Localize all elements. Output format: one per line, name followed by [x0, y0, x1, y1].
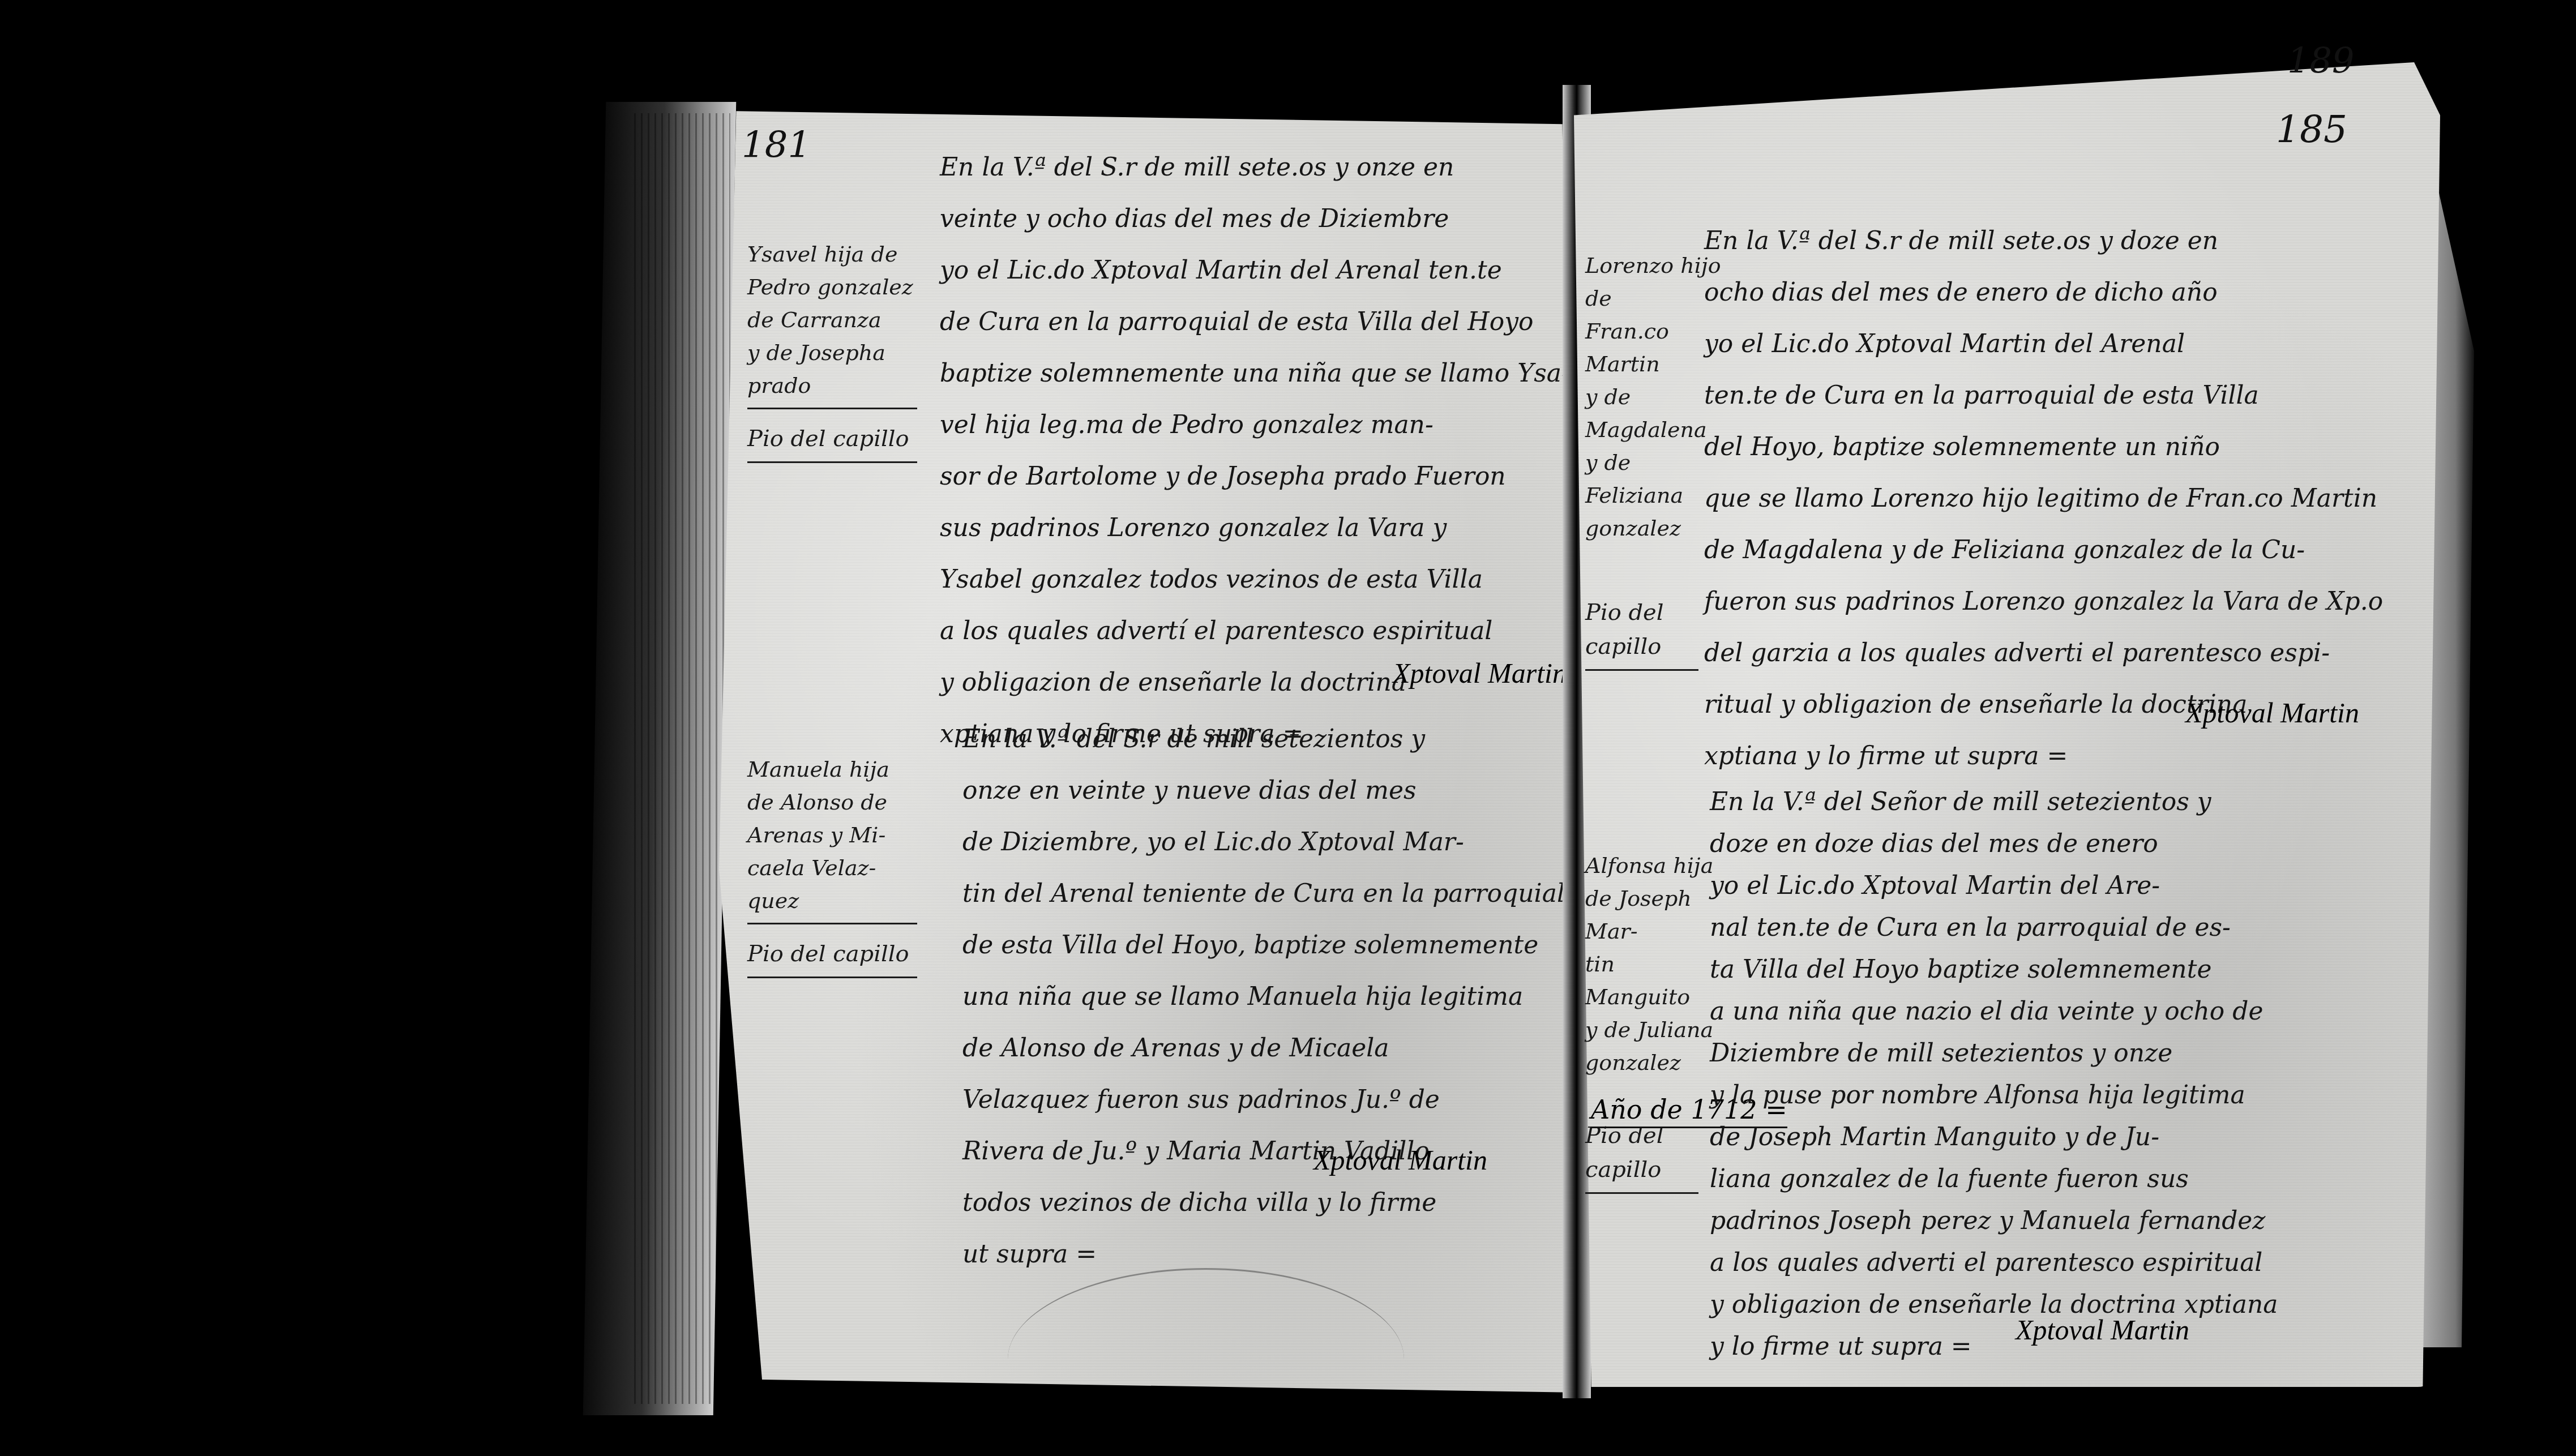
- left-margin-note-1: Ysavel hija de Pedro gonzalez de Carranz…: [747, 238, 934, 476]
- divider-rule: [1585, 1192, 1698, 1194]
- margin-line: y de Josepha: [747, 336, 934, 369]
- entry-line: yo el Lic.do Xptoval Martin del Arenal: [1704, 318, 2406, 370]
- entry-line: En la V.ª del Señor de mill setezientos …: [1710, 781, 2417, 823]
- entry-line: de Joseph Martin Manguito y de Ju-: [1710, 1116, 2417, 1158]
- left-entry-2: En la V.ª del S.r de mill setezientos y …: [962, 713, 1574, 1280]
- margin-line: y de Juliana: [1585, 1013, 1721, 1046]
- right-entry-2: En la V.ª del Señor de mill setezientos …: [1710, 781, 2417, 1368]
- entry-line: nal ten.te de Cura en la parroquial de e…: [1710, 907, 2417, 949]
- right-margin-note-1: Lorenzo hijo de Fran.co Martin y de Magd…: [1585, 249, 1721, 683]
- entry-line: Diziembre de mill setezientos y onze: [1710, 1033, 2417, 1074]
- entry-line: ocho dias del mes de enero de dicho año: [1704, 267, 2406, 318]
- right-folio-number-top: 189: [2287, 40, 2354, 81]
- margin-line: caela Velaz-: [747, 851, 934, 884]
- chapel-note: Pio del capillo: [747, 937, 934, 971]
- entry-line: del Hoyo, baptize solemnemente un niño: [1704, 421, 2406, 473]
- entry-line: yo el Lic.do Xptoval Martin del Are-: [1710, 865, 2417, 907]
- margin-line: Lorenzo hijo de: [1585, 249, 1721, 315]
- divider-rule: [747, 977, 917, 978]
- entry-line: onze en veinte y nueve dias del mes: [962, 765, 1574, 816]
- entry-line: a una niña que nazio el dia veinte y och…: [1710, 991, 2417, 1033]
- margin-line: de Carranza: [747, 303, 934, 336]
- entry-line: Ysabel gonzalez todos vezinos de esta Vi…: [940, 554, 1563, 605]
- entry-line: xptiana y lo firme ut supra =: [1704, 730, 2406, 782]
- margin-line: y de Feliziana: [1585, 446, 1721, 512]
- entry-line: padrinos Joseph perez y Manuela fernande…: [1710, 1200, 2417, 1242]
- right-signature-2: Xptoval Martin: [2016, 1313, 2189, 1346]
- entry-line: baptize solemnemente una niña que se lla…: [940, 348, 1563, 399]
- entry-line: sor de Bartolome y de Josepha prado Fuer…: [940, 451, 1563, 502]
- entry-line: de Alonso de Arenas y de Micaela: [962, 1022, 1574, 1074]
- margin-line: Ysavel hija de: [747, 238, 934, 271]
- margin-line: y de Magdalena: [1585, 380, 1721, 446]
- entry-line: y la puse por nombre Alfonsa hija legiti…: [1710, 1074, 2417, 1116]
- margin-line: Arenas y Mi-: [747, 819, 934, 851]
- entry-line: de Diziembre, yo el Lic.do Xptoval Mar-: [962, 816, 1574, 868]
- divider-rule: [747, 461, 917, 463]
- margin-line: Pedro gonzalez: [747, 271, 934, 303]
- entry-line: veinte y ocho dias del mes de Diziembre: [940, 193, 1563, 245]
- chapel-note: Pio del capillo: [1585, 1119, 1721, 1187]
- entry-line: que se llamo Lorenzo hijo legitimo de Fr…: [1704, 473, 2406, 524]
- margin-line: Alfonsa hija: [1585, 849, 1721, 882]
- entry-line: doze en doze dias del mes de enero: [1710, 823, 2417, 865]
- entry-line: del garzia a los quales adverti el paren…: [1704, 627, 2406, 679]
- entry-line: fueron sus padrinos Lorenzo gonzalez la …: [1704, 576, 2406, 627]
- entry-line: En la V.ª del S.r de mill sete.os y doze…: [1704, 215, 2406, 267]
- entry-line: En la V.ª del S.r de mill setezientos y: [962, 713, 1574, 765]
- faint-stamp-curve: [1008, 1268, 1404, 1451]
- margin-line: gonzalez: [1585, 512, 1721, 545]
- entry-line: todos vezinos de dicha villa y lo firme: [962, 1177, 1574, 1228]
- margin-line: quez: [747, 884, 934, 917]
- entry-line: a los quales adverti el parentesco espir…: [1710, 1242, 2417, 1284]
- divider-rule: [747, 408, 917, 409]
- right-margin-note-2: Alfonsa hija de Joseph Mar- tin Manguito…: [1585, 849, 1721, 1206]
- margin-line: prado: [747, 369, 934, 402]
- margin-line: de Joseph Mar-: [1585, 882, 1721, 948]
- margin-line: Fran.co Martin: [1585, 315, 1721, 380]
- entry-line: yo el Lic.do Xptoval Martin del Arenal t…: [940, 245, 1563, 296]
- entry-line: En la V.ª del S.r de mill sete.os y onze…: [940, 142, 1563, 193]
- entry-line: ta Villa del Hoyo baptize solemnemente: [1710, 949, 2417, 991]
- entry-line: sus padrinos Lorenzo gonzalez la Vara y: [940, 502, 1563, 554]
- entry-line: a los quales advertí el parentesco espir…: [940, 605, 1563, 657]
- entry-line: vel hija leg.ma de Pedro gonzalez man-: [940, 399, 1563, 451]
- page-stack-edges: [634, 113, 730, 1404]
- left-folio-number: 181: [742, 125, 811, 166]
- margin-line: Manuela hija: [747, 753, 934, 786]
- entry-line: tin del Arenal teniente de Cura en la pa…: [962, 868, 1574, 919]
- entry-line: una niña que se llamo Manuela hija legit…: [962, 971, 1574, 1022]
- entry-line: de Cura en la parroquial de esta Villa d…: [940, 296, 1563, 348]
- margin-line: tin Manguito: [1585, 948, 1721, 1013]
- chapel-note: Pio del capillo: [1585, 596, 1721, 663]
- divider-rule: [1585, 669, 1698, 671]
- right-signature-1: Xptoval Martin: [2185, 696, 2359, 729]
- left-margin-note-2: Manuela hija de Alonso de Arenas y Mi- c…: [747, 753, 934, 991]
- margin-line: de Alonso de: [747, 786, 934, 819]
- right-folio-number: 185: [2276, 108, 2347, 151]
- left-signature-2: Xptoval Martin: [1313, 1144, 1487, 1176]
- entry-line: ten.te de Cura en la parroquial de esta …: [1704, 370, 2406, 421]
- entry-line: liana gonzalez de la fuente fueron sus: [1710, 1158, 2417, 1200]
- chapel-note: Pio del capillo: [747, 422, 934, 456]
- divider-rule: [747, 923, 917, 924]
- entry-line: Velazquez fueron sus padrinos Ju.º de: [962, 1074, 1574, 1125]
- left-signature-1: Xptoval Martin: [1393, 657, 1567, 690]
- margin-line: gonzalez: [1585, 1046, 1721, 1079]
- entry-line: de esta Villa del Hoyo, baptize solemnem…: [962, 919, 1574, 971]
- entry-line: de Magdalena y de Feliziana gonzalez de …: [1704, 524, 2406, 576]
